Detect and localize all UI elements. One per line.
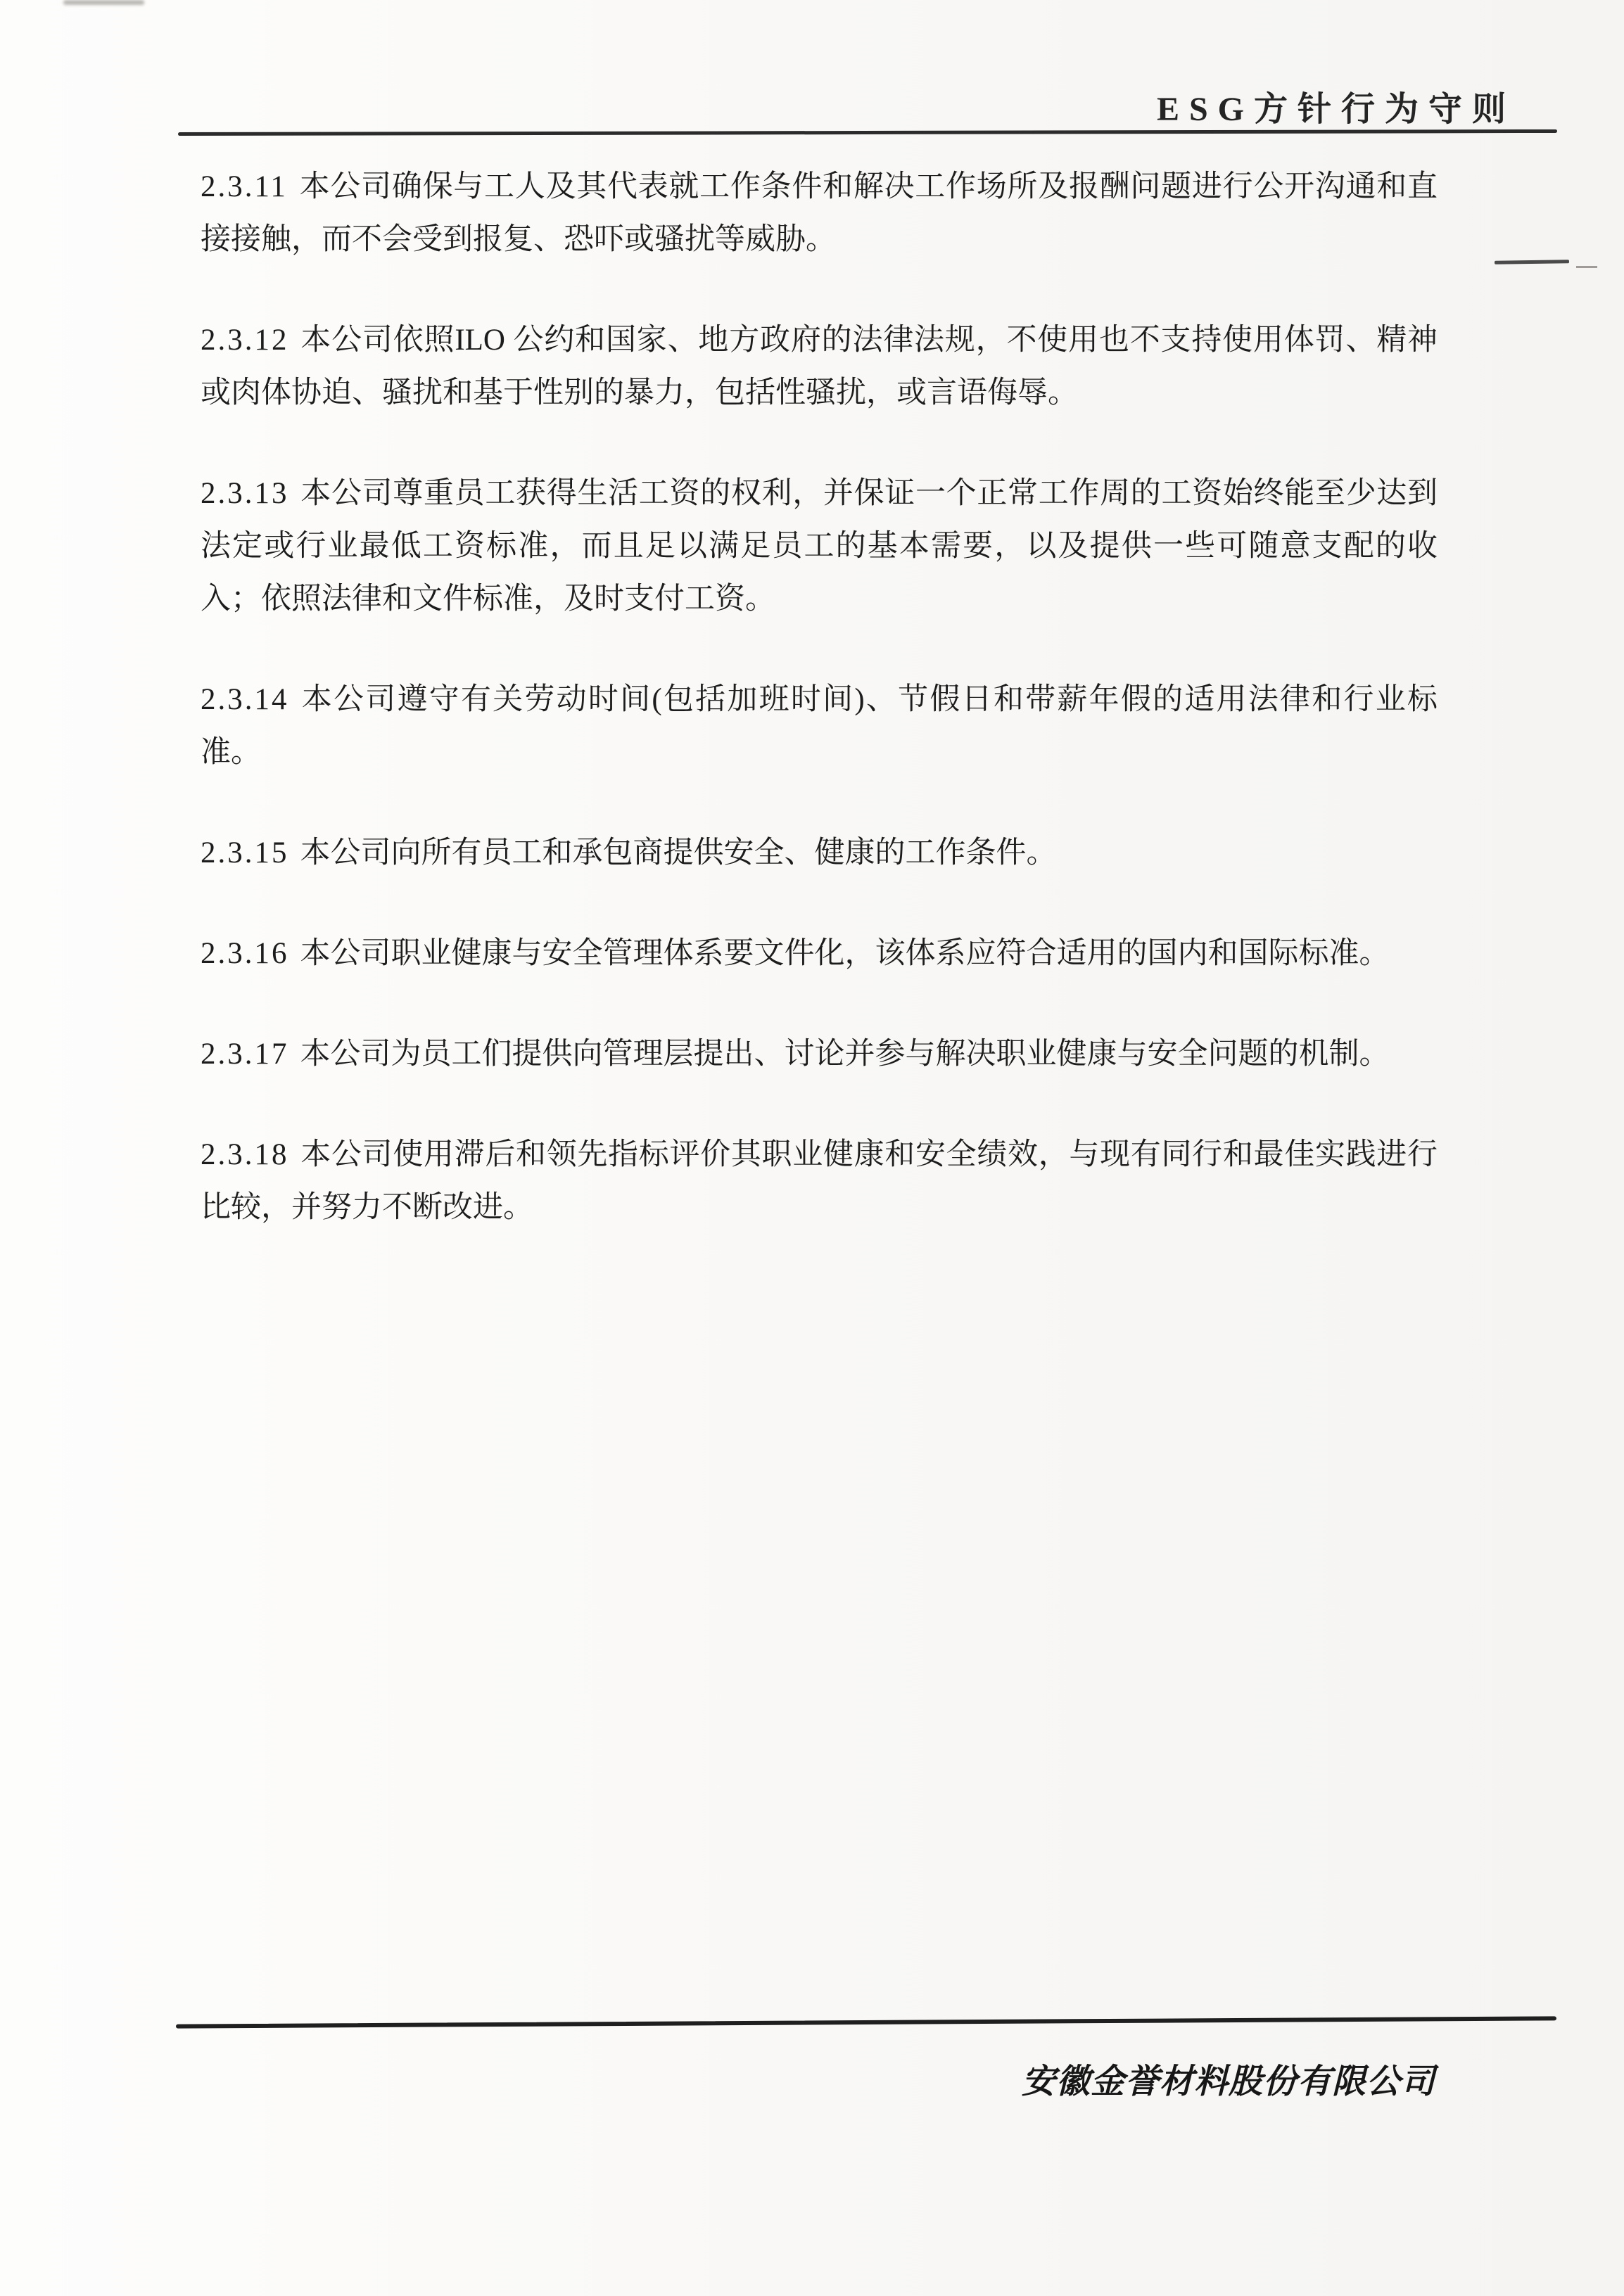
header-rule — [178, 129, 1557, 136]
margin-dash-mark-small — [1576, 266, 1597, 268]
clause-2-3-15: 2.3.15本公司向所有员工和承包商提供安全、健康的工作条件。 — [201, 827, 1438, 879]
scan-smudge-artifact — [63, 0, 144, 5]
clause-2-3-16: 2.3.16本公司职业健康与安全管理体系要文件化，该体系应符合适用的国内和国际标… — [201, 927, 1438, 980]
page-header-title: ESG方针行为守则 — [1157, 82, 1516, 130]
clause-text: 本公司尊重员工获得生活工资的权利，并保证一个正常工作周的工资始终能至少达到法定或… — [201, 477, 1438, 616]
clause-2-3-18: 2.3.18本公司使用滞后和领先指标评价其职业健康和安全绩效，与现有同行和最佳实… — [201, 1128, 1438, 1234]
clause-text: 本公司职业健康与安全管理体系要文件化，该体系应符合适用的国内和国际标准。 — [300, 937, 1390, 970]
clause-number: 2.3.18 — [201, 1138, 289, 1171]
clause-number: 2.3.15 — [201, 836, 289, 869]
clause-2-3-17: 2.3.17本公司为员工们提供向管理层提出、讨论并参与解决职业健康与安全问题的机… — [201, 1028, 1438, 1080]
clause-number: 2.3.17 — [201, 1038, 289, 1071]
clause-number: 2.3.16 — [201, 937, 289, 970]
clause-text: 本公司依照ILO 公约和国家、地方政府的法律法规，不使用也不支持使用体罚、精神或… — [201, 324, 1438, 409]
clause-text: 本公司确保与工人及其代表就工作条件和解决工作场所及报酬问题进行公开沟通和直 接接… — [201, 170, 1468, 256]
clause-text: 本公司使用滞后和领先指标评价其职业健康和安全绩效，与现有同行和最佳实践进行比较，… — [201, 1138, 1438, 1224]
clause-number: 2.3.14 — [201, 683, 289, 716]
footer-rule — [176, 2016, 1556, 2028]
clause-text: 本公司为员工们提供向管理层提出、讨论并参与解决职业健康与安全问题的机制。 — [300, 1038, 1390, 1071]
clause-2-3-11: 2.3.11本公司确保与工人及其代表就工作条件和解决工作场所及报酬问题进行公开沟… — [201, 160, 1438, 266]
clause-number: 2.3.11 — [201, 170, 288, 203]
clause-text: 本公司遵守有关劳动时间(包括加班时间)、节假日和带薪年假的适用法律和行业标准。 — [201, 683, 1438, 769]
footer-company-name: 安徽金誉材料股份有限公司 — [1022, 2054, 1435, 2103]
clause-2-3-13: 2.3.13本公司尊重员工获得生活工资的权利，并保证一个正常工作周的工资始终能至… — [201, 467, 1438, 625]
margin-dash-mark — [1495, 260, 1569, 264]
document-body: 2.3.11本公司确保与工人及其代表就工作条件和解决工作场所及报酬问题进行公开沟… — [201, 160, 1438, 1282]
clause-number: 2.3.13 — [201, 477, 289, 510]
clause-text: 本公司向所有员工和承包商提供安全、健康的工作条件。 — [300, 836, 1057, 869]
clause-2-3-12: 2.3.12本公司依照ILO 公约和国家、地方政府的法律法规，不使用也不支持使用… — [201, 314, 1438, 419]
clause-2-3-14: 2.3.14本公司遵守有关劳动时间(包括加班时间)、节假日和带薪年假的适用法律和… — [201, 673, 1438, 779]
clause-number: 2.3.12 — [201, 324, 289, 357]
